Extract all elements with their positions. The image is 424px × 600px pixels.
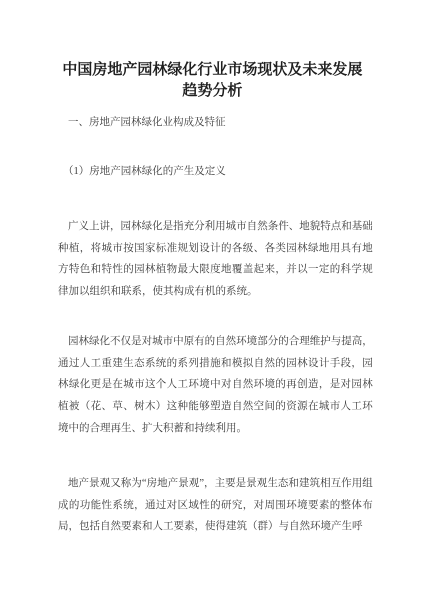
document-title: 中国房地产园林绿化行业市场现状及未来发展趋势分析	[55, 60, 370, 102]
paragraph-recreation-of-nature: 园林绿化不仅是对城市中原有的自然环境部分的合理维护与提高，通过人工重建生态系统的…	[58, 331, 373, 440]
section-heading: 一、房地产园林绿化业构成及特征	[58, 116, 373, 130]
subsection-heading: （1）房地产园林绿化的产生及定义	[58, 165, 373, 179]
paragraph-definition-broad: 广义上讲，园林绿化是指充分利用城市自然条件、地貌特点和基础种植，将城市按国家标准…	[58, 216, 373, 303]
paragraph-real-estate-landscape: 地产景观又称为“房地产景观”，主要是景观生态和建筑相互作用组成的功能性系统，通过…	[58, 473, 373, 538]
document-page: 中国房地产园林绿化行业市场现状及未来发展趋势分析 一、房地产园林绿化业构成及特征…	[0, 0, 424, 600]
